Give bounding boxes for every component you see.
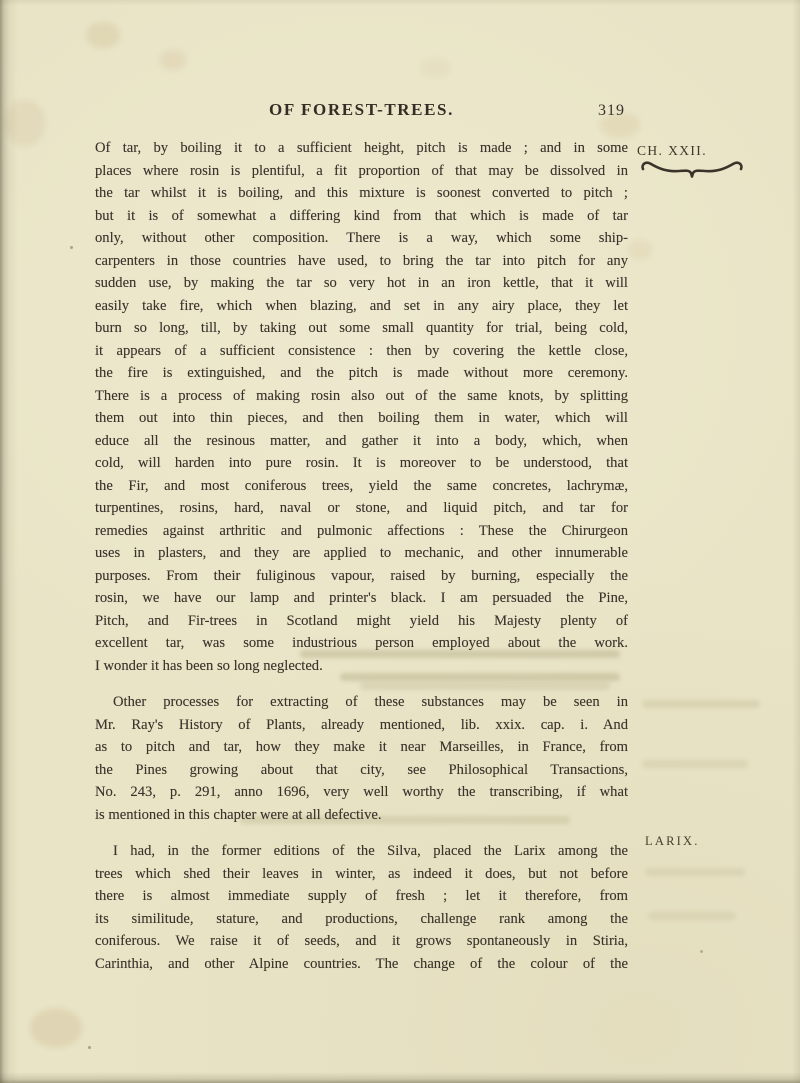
running-title: OF FOREST-TREES.: [95, 100, 628, 120]
text-line: is mentioned in this chapter were at all…: [95, 804, 628, 827]
text-line: them out into thin pieces, and then boil…: [95, 407, 628, 430]
text-line: there is almost immediate supply of fres…: [95, 885, 628, 908]
text-line: remedies against arthritic and pulmonic …: [95, 520, 628, 543]
text-line: burn so long, till, by taking out some s…: [95, 317, 628, 340]
ink-speck: [70, 246, 73, 249]
foxing-stain: [420, 58, 450, 78]
text-line: excellent tar, was some industrious pers…: [95, 632, 628, 655]
text-line: carpenters in those countries have used,…: [95, 250, 628, 273]
text-line: Carinthia, and other Alpine countries. T…: [95, 953, 628, 976]
text-line: trees which shed their leaves in winter,…: [95, 863, 628, 886]
foxing-stain: [86, 22, 120, 48]
paragraph: Of tar, by boiling it to a sufficient he…: [95, 137, 628, 677]
text-line: Pitch, and Fir-trees in Scotland might y…: [95, 610, 628, 633]
text-line: as to pitch and tar, how they make it ne…: [95, 736, 628, 759]
text-line: but it is of somewhat a differing kind f…: [95, 205, 628, 228]
text-line: easily take fire, which when blazing, an…: [95, 295, 628, 318]
margin-note-larix: LARIX.: [645, 834, 700, 849]
ink-speck: [88, 1046, 91, 1049]
text-line: turpentines, rosins, hard, naval or ston…: [95, 497, 628, 520]
body-text: Of tar, by boiling it to a sufficient he…: [95, 137, 628, 989]
text-line: the Pines growing about that city, see P…: [95, 759, 628, 782]
text-line: I wonder it has been so long neglected.: [95, 655, 628, 678]
text-line: I had, in the former editions of the Sil…: [95, 840, 628, 863]
text-line: the Fir, and most coniferous trees, yiel…: [95, 475, 628, 498]
paragraph: I had, in the former editions of the Sil…: [95, 840, 628, 975]
margin-note-chapter: CH. XXII.: [637, 143, 757, 180]
foxing-stain: [160, 50, 186, 70]
text-line: coniferous. We raise it of seeds, and it…: [95, 930, 628, 953]
show-through: [648, 912, 736, 920]
show-through: [642, 760, 748, 768]
text-line: There is a process of making rosin also …: [95, 385, 628, 408]
page-number: 319: [598, 102, 658, 120]
foxing-stain: [30, 1008, 82, 1048]
text-line: rosin, we have our lamp and printer's bl…: [95, 587, 628, 610]
text-line: sudden use, by making the tar so very ho…: [95, 272, 628, 295]
book-page: OF FOREST-TREES. 319 CH. XXII. LARIX. Of…: [0, 0, 800, 1083]
text-line: purposes. From their fuliginous vapour, …: [95, 565, 628, 588]
foxing-stain: [628, 240, 652, 260]
text-line: places where rosin is plentiful, a fit p…: [95, 160, 628, 183]
curly-brace-icon: [639, 160, 745, 180]
text-line: its similitude, stature, and productions…: [95, 908, 628, 931]
text-line: Other processes for extracting of these …: [95, 691, 628, 714]
text-line: only, without other composition. There i…: [95, 227, 628, 250]
ink-speck: [700, 950, 703, 953]
chapter-label: CH. XXII.: [637, 143, 757, 159]
text-line: educe all the resinous matter, and gathe…: [95, 430, 628, 453]
show-through: [645, 868, 745, 876]
text-line: it appears of a sufficient consistence :…: [95, 340, 628, 363]
text-line: cold, will harden into pure rosin. It is…: [95, 452, 628, 475]
text-line: Of tar, by boiling it to a sufficient he…: [95, 137, 628, 160]
foxing-stain: [5, 100, 45, 146]
text-line: the fire is extinguished, and the pitch …: [95, 362, 628, 385]
text-line: the tar whilst it is boiling, and this m…: [95, 182, 628, 205]
text-line: Mr. Ray's History of Plants, already men…: [95, 714, 628, 737]
text-line: uses in plasters, and they are applied t…: [95, 542, 628, 565]
show-through: [642, 700, 760, 708]
text-line: No. 243, p. 291, anno 1696, very well wo…: [95, 781, 628, 804]
paragraph: Other processes for extracting of these …: [95, 691, 628, 826]
